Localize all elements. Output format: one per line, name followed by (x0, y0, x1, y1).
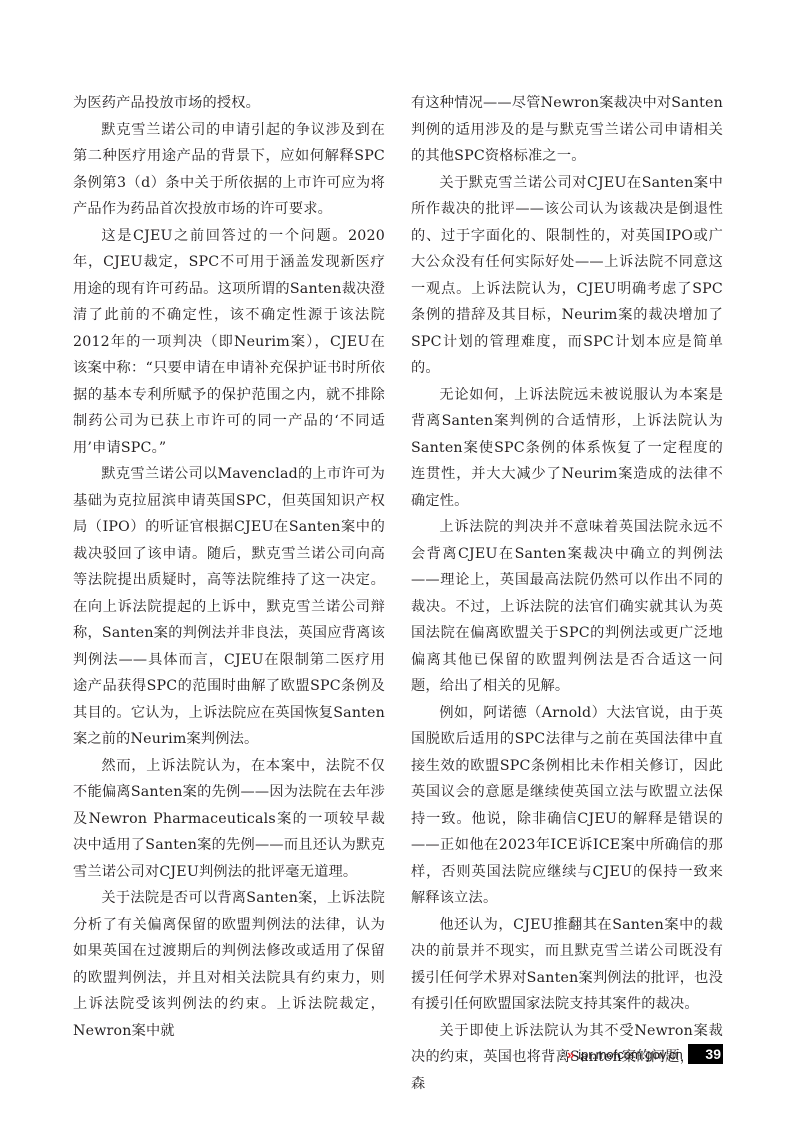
paragraph: 默克雪兰诺公司的申请引起的争议涉及到在第二种医疗用途产品的背景下，应如何解释SP… (73, 117, 385, 223)
paragraph: 为医药产品投放市场的授权。 (73, 90, 385, 117)
double-chevron-right-icon: » (567, 1047, 572, 1062)
paragraph: 然而，上诉法院认为，在本案中，法院不仅不能偏离Santen案的先例——因为法院在… (73, 753, 385, 886)
left-column: 为医药产品投放市场的授权。 默克雪兰诺公司的申请引起的争议涉及到在第二种医疗用途… (73, 90, 385, 1044)
page-footer: » ipr.mofcom.gov.cn 39 (567, 1044, 683, 1064)
paragraph: 默克雪兰诺公司以Mavenclad的上市许可为基础为克拉屈滨申请英国SPC，但英… (73, 461, 385, 753)
page-number-badge: 39 (688, 1044, 723, 1064)
paragraph: 他还认为，CJEU推翻其在Santen案中的裁决的前景并不现实，而且默克雪兰诺公… (411, 912, 723, 1018)
paragraph: 这是CJEU之前回答过的一个问题。2020年，CJEU裁定，SPC不可用于涵盖发… (73, 223, 385, 462)
right-column: 有这种情况——尽管Newron案裁决中对Santen判例的适用涉及的是与默克雪兰… (411, 90, 723, 1097)
paragraph: 有这种情况——尽管Newron案裁决中对Santen判例的适用涉及的是与默克雪兰… (411, 90, 723, 170)
page-number: 39 (705, 1044, 723, 1064)
paragraph: 例如，阿诺德（Arnold）大法官说，由于英国脱欧后适用的SPC法律与之前在英国… (411, 700, 723, 912)
paragraph: 上诉法院的判决并不意味着英国法院永远不会背离CJEU在Santen案裁决中确立的… (411, 514, 723, 700)
website-link[interactable]: ipr.mofcom.gov.cn (578, 1047, 683, 1062)
paragraph: 无论如何，上诉法院远未被说服认为本案是背离Santen案判例的合适情形，上诉法院… (411, 382, 723, 515)
paragraph: 关于默克雪兰诺公司对CJEU在Santen案中所作裁决的批评——该公司认为该裁决… (411, 170, 723, 382)
paragraph: 关于法院是否可以背离Santen案，上诉法院分析了有关偏离保留的欧盟判例法的法律… (73, 885, 385, 1044)
